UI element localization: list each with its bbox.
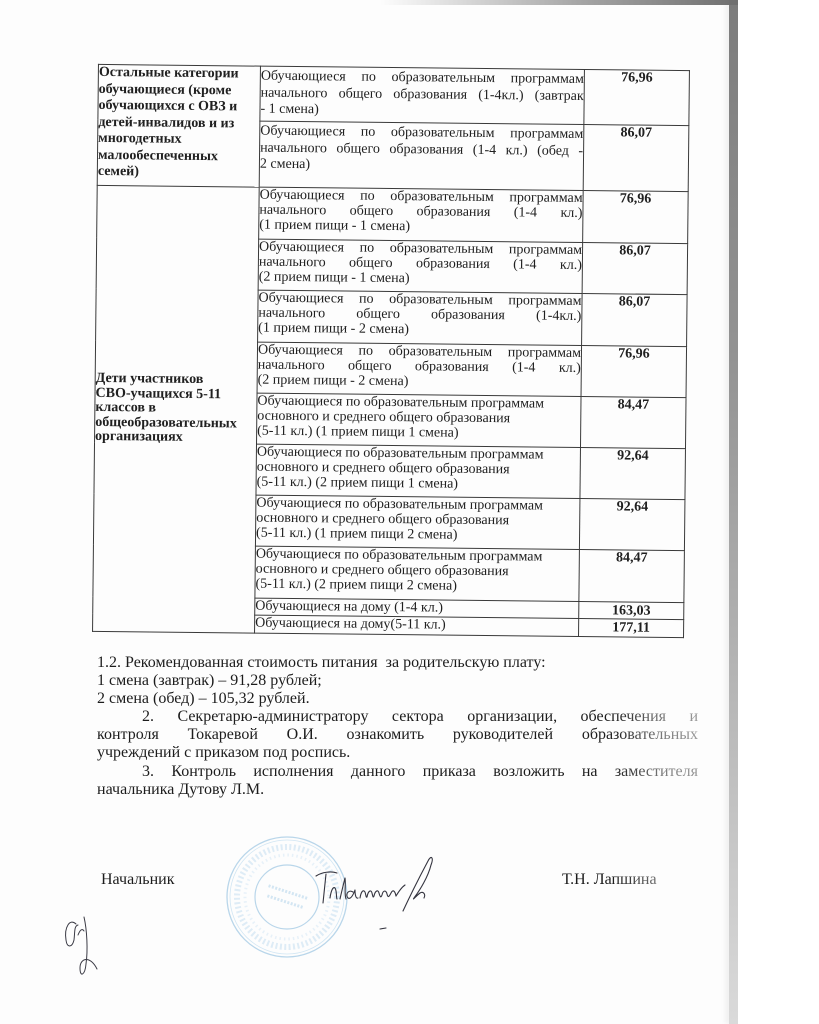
price-cell: 92,64 bbox=[579, 498, 685, 550]
price-cell: 177,11 bbox=[579, 618, 684, 637]
description-cell: Обучающиеся по образовательным программа… bbox=[257, 393, 582, 447]
item-2-line: 2. Секретарю-администратору сектора орга… bbox=[97, 708, 698, 726]
category-line: организациях bbox=[95, 430, 256, 446]
item-3-line: 3. Контроль исполнения данного приказа в… bbox=[97, 763, 698, 781]
category-line: обучающиеся (кроме bbox=[99, 81, 260, 99]
description-line: (5-11 кл.) (2 прием пищи 1 смена) bbox=[257, 475, 580, 493]
page-top-shadow bbox=[380, 0, 738, 5]
price-cell: 76,96 bbox=[583, 191, 689, 244]
description-cell: Обучающиеся по образовательным программа… bbox=[256, 444, 581, 498]
description-cell: Обучающиеся по образовательным программа… bbox=[258, 290, 583, 345]
price-cell: 163,03 bbox=[579, 601, 684, 619]
description-line: Обучающиеся на дому(5-11 кл.) bbox=[255, 616, 578, 634]
item-2-line: контроля Токаревой О.И. ознакомить руков… bbox=[97, 726, 698, 744]
category-cell-svo-children: Дети участников СВО-учащихся 5-11 классо… bbox=[93, 185, 260, 633]
price-cell: 86,07 bbox=[582, 294, 688, 347]
category-line: семей) bbox=[98, 164, 259, 182]
scanner-bed bbox=[738, 0, 819, 1024]
description-cell: Обучающиеся по образовательным программа… bbox=[258, 239, 583, 293]
signatory-position: Начальник bbox=[101, 871, 174, 889]
item-1-2-heading: 1.2. Рекомендованная стоимость питания з… bbox=[97, 654, 698, 672]
signatory-name: Т.Н. Лапшина bbox=[562, 871, 657, 889]
description-line: 2 смена) bbox=[260, 157, 583, 177]
table-row: Остальные категории обучающиеся (кроме о… bbox=[98, 64, 690, 125]
price-cell: 86,07 bbox=[583, 125, 689, 192]
category-line: детей-инвалидов и из bbox=[98, 114, 259, 132]
item-3-line: начальника Дутову Л.М. bbox=[97, 781, 698, 799]
description-cell: Обучающиеся по образовательным программа… bbox=[257, 342, 582, 396]
item-1-2-shift-1: 1 смена (завтрак) – 91,28 рублей; bbox=[97, 672, 698, 690]
category-line: Остальные категории bbox=[99, 65, 260, 83]
signature-icon bbox=[316, 858, 432, 929]
category-line: многодетных bbox=[98, 131, 259, 149]
description-cell: Обучающиеся на дому(5-11 кл.) bbox=[255, 615, 579, 636]
description-cell: Обучающиеся по образовательным программа… bbox=[259, 187, 584, 242]
price-cell: 76,96 bbox=[584, 70, 690, 126]
official-stamp-icon bbox=[227, 837, 347, 957]
description-cell: Обучающиеся по образовательным программа… bbox=[259, 121, 584, 190]
meal-price-table: Остальные категории обучающиеся (кроме о… bbox=[92, 64, 690, 638]
description-cell: Обучающиеся по образовательным программа… bbox=[255, 495, 580, 549]
price-cell: 84,47 bbox=[580, 397, 686, 449]
initials-mark-icon bbox=[66, 917, 97, 974]
description-line: (5-11 кл.) (1 прием пищи 1 смена) bbox=[257, 424, 580, 442]
description-line: Обучающиеся на дому (1-4 кл.) bbox=[255, 599, 578, 617]
description-line: (5-11 кл.) (2 прием пищи 2 смена) bbox=[255, 577, 578, 595]
description-line: - 1 смена) bbox=[260, 102, 583, 122]
category-line: обучающихся с ОВЗ и bbox=[98, 98, 259, 116]
order-text: 1.2. Рекомендованная стоимость питания з… bbox=[97, 654, 698, 799]
table-row: Дети участников СВО-учащихся 5-11 классо… bbox=[97, 185, 689, 243]
price-cell: 92,64 bbox=[580, 448, 686, 500]
item-1-2-shift-2: 2 смена (обед) – 105,32 рублей. bbox=[97, 690, 698, 708]
category-cell-other-students: Остальные категории обучающиеся (кроме о… bbox=[97, 64, 260, 187]
price-cell: 84,47 bbox=[579, 549, 685, 602]
description-cell: Обучающиеся по образовательным программа… bbox=[260, 66, 585, 124]
item-2-line: учреждений с приказом под роспись. bbox=[97, 744, 698, 762]
price-cell: 86,07 bbox=[582, 243, 688, 295]
price-cell: 76,96 bbox=[581, 346, 687, 398]
category-line: малообеспеченных bbox=[98, 147, 259, 165]
description-line: (5-11 кл.) (1 прием пищи 2 смена) bbox=[256, 526, 579, 544]
description-cell: Обучающиеся по образовательным программа… bbox=[255, 546, 580, 601]
page-edge-shadow bbox=[729, 0, 738, 1024]
